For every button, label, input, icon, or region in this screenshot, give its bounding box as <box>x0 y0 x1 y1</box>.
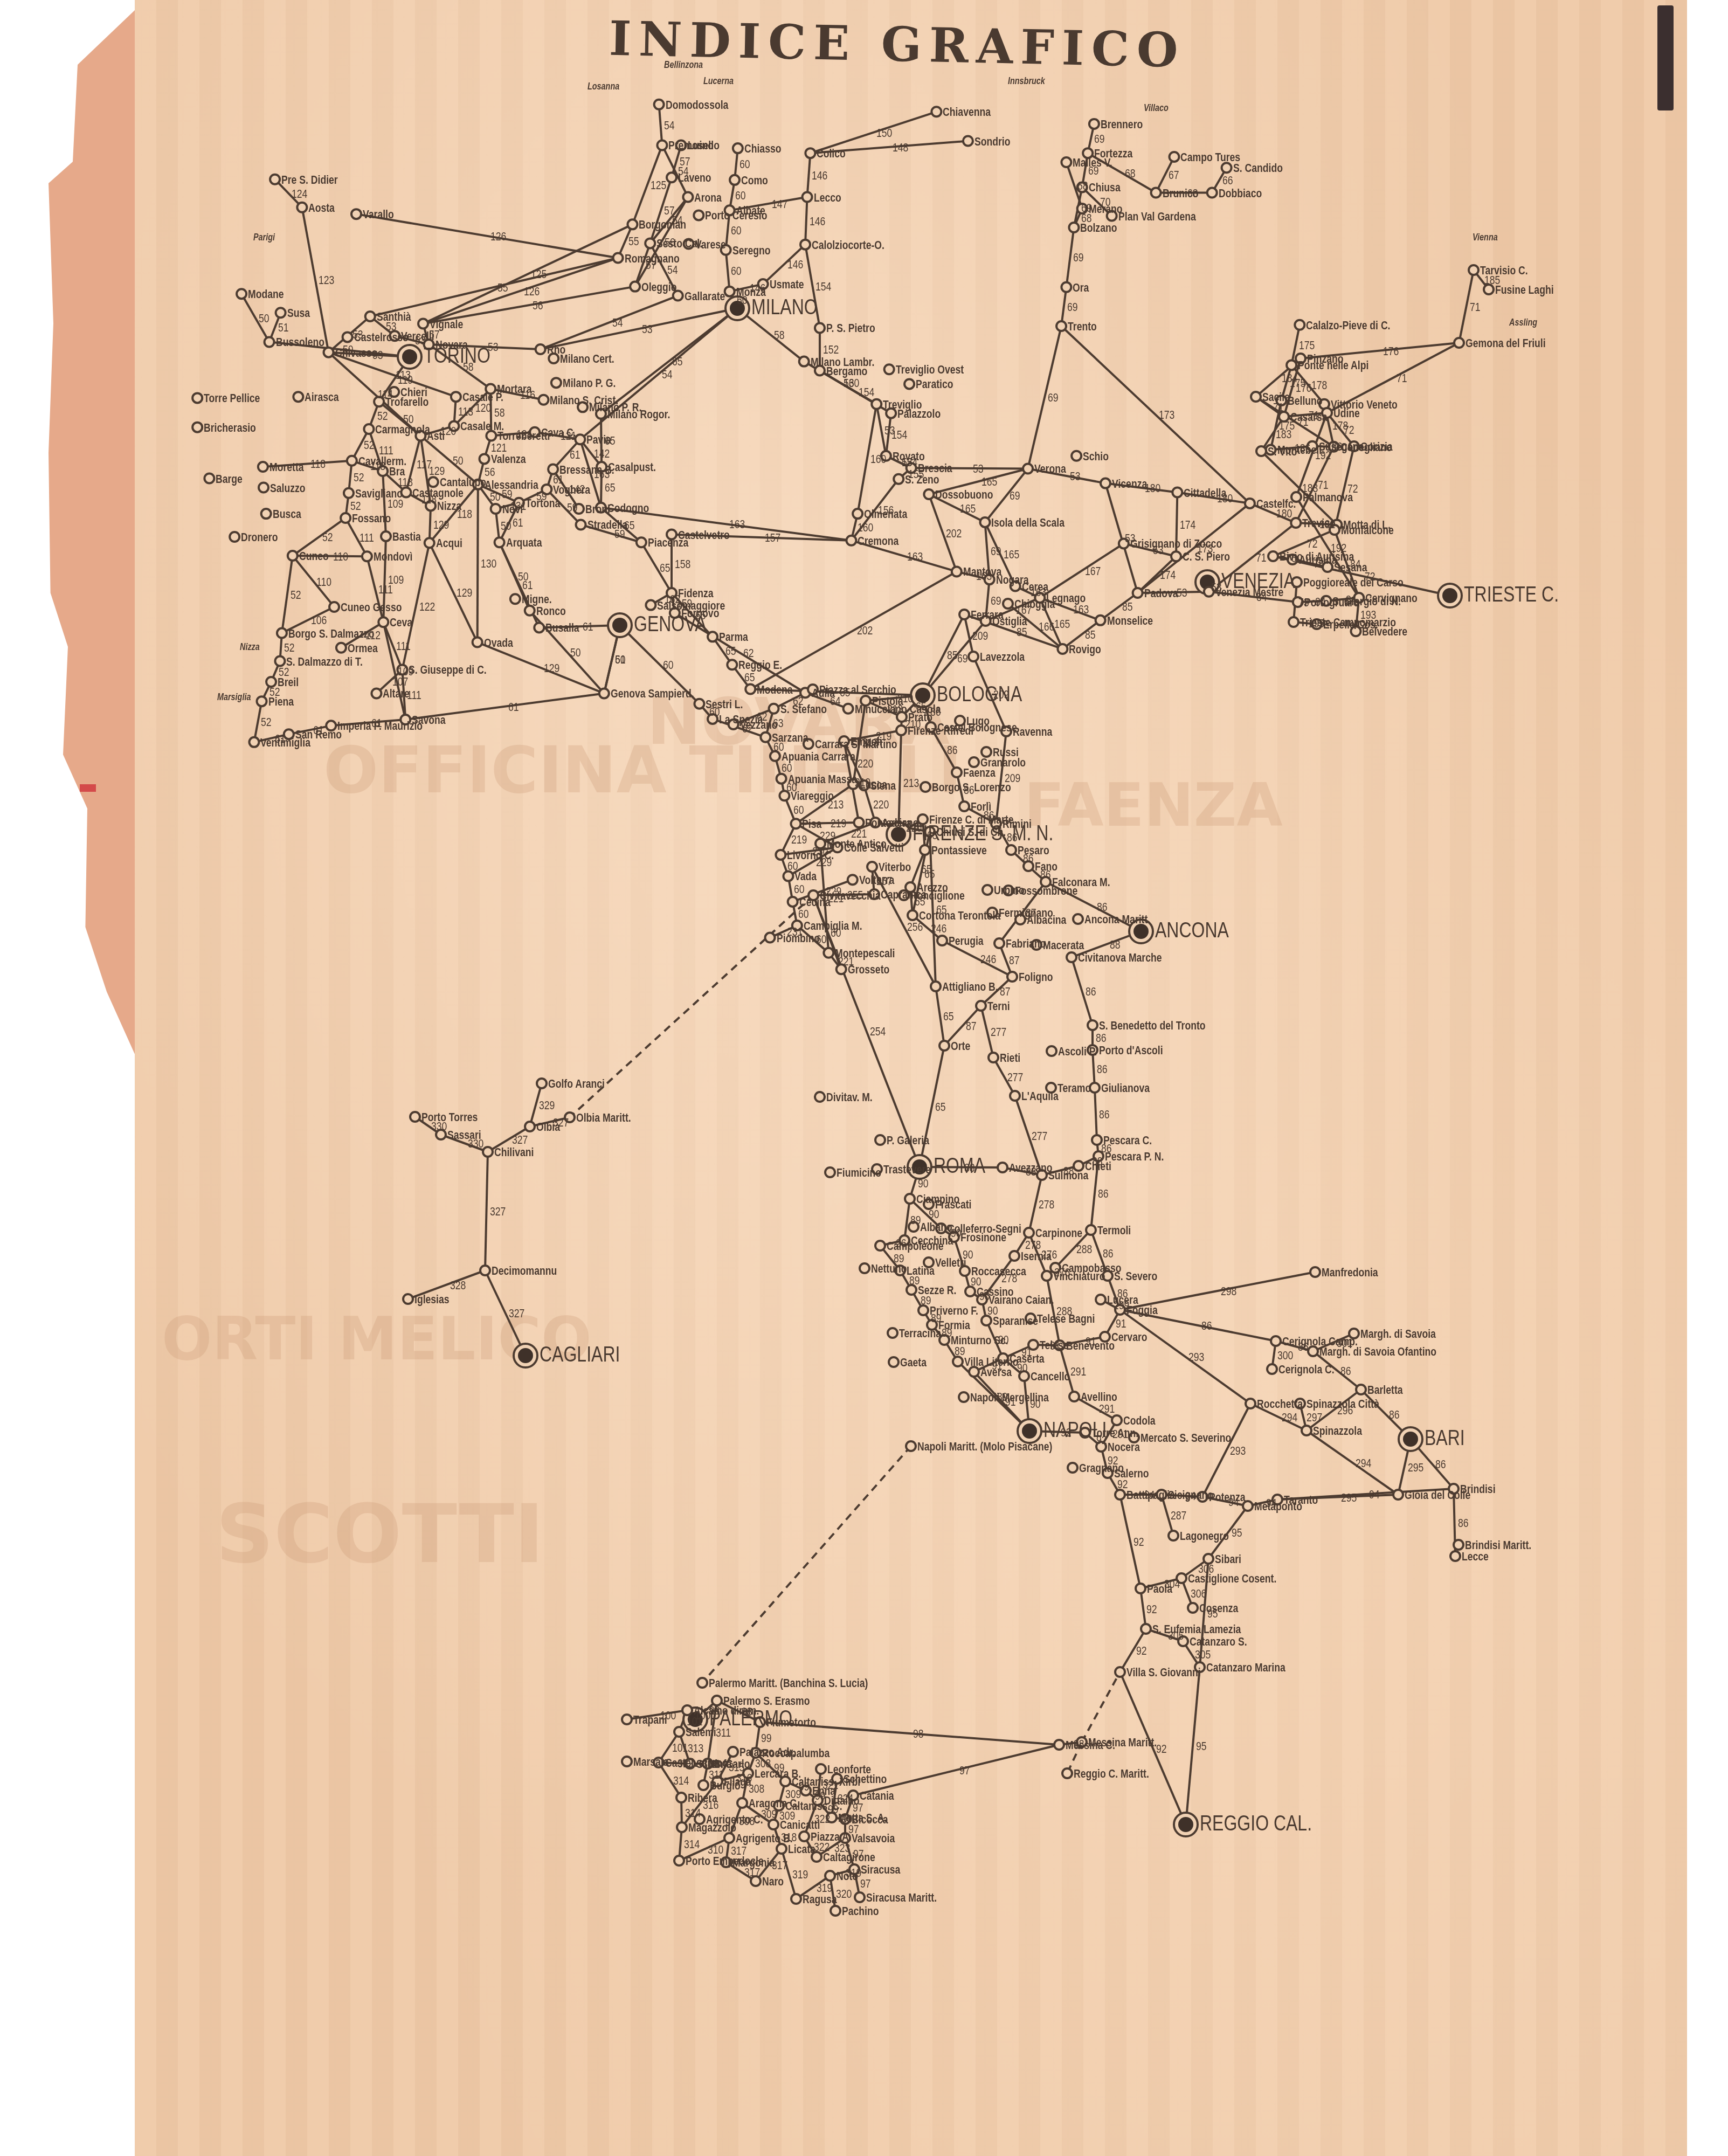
station-marker <box>1086 1225 1096 1235</box>
station-label: Fano <box>1035 860 1057 874</box>
station-label: Bricherasio <box>204 421 256 435</box>
station-label: Empoli <box>851 735 882 749</box>
station-label: Saluzzo <box>270 481 306 495</box>
station-marker <box>803 192 812 202</box>
station-marker <box>860 1263 869 1273</box>
station-marker <box>347 456 357 466</box>
ferry-route <box>702 1446 911 1683</box>
station-marker <box>1073 914 1083 924</box>
station-label: Pavia <box>586 433 611 447</box>
border-destination-label: Bellinzona <box>664 59 703 71</box>
line-number-label: 327 <box>512 1133 528 1147</box>
station-label: Aversa <box>980 1365 1012 1379</box>
rail-line <box>1040 543 1124 598</box>
station-label: Milano Lambr. <box>811 355 874 369</box>
rail-line <box>541 308 737 349</box>
station-label: Airasca <box>305 390 339 404</box>
station-label: Volterra <box>859 873 894 887</box>
line-number-label: 59 <box>567 501 578 515</box>
line-number-label: 130 <box>481 557 496 571</box>
line-number-label: 288 <box>1076 1242 1092 1256</box>
station-label: Cortona Terontola <box>919 909 1000 923</box>
station-marker <box>816 1764 826 1774</box>
line-number-label: 69 <box>1067 300 1078 314</box>
station-label: Isola della Scala <box>991 516 1065 530</box>
line-number-label: 125 <box>651 178 666 192</box>
line-number-label: 52 <box>377 409 388 423</box>
station-label: Catanzaro S. <box>1190 1635 1247 1649</box>
station-label: Frosinone <box>960 1231 1006 1245</box>
station-marker <box>1096 1295 1105 1304</box>
station-label: Reggio E. <box>738 658 782 672</box>
station-marker <box>1042 1271 1052 1281</box>
station-marker <box>622 1715 632 1724</box>
station-label: Dossobuono <box>935 488 993 502</box>
line-number-label: 85 <box>947 648 958 662</box>
station-marker <box>765 933 775 943</box>
line-number-label: 146 <box>787 258 803 272</box>
station-label: Valenza <box>491 452 526 466</box>
station-label: Iglesias <box>414 1293 450 1307</box>
station-marker <box>674 1856 684 1865</box>
station-marker <box>776 850 785 860</box>
station-label: Nocera <box>1108 1440 1140 1454</box>
station-marker <box>237 289 246 299</box>
station-marker <box>538 395 548 405</box>
line-number-label: 278 <box>1039 1198 1054 1212</box>
line-number-label: 147 <box>772 197 787 211</box>
station-label: Frascati <box>935 1198 972 1212</box>
station-marker <box>351 209 361 219</box>
station-label: Plan Val Gardena <box>1118 210 1196 224</box>
station-label: Prato <box>908 710 932 724</box>
station-marker <box>1310 1267 1320 1277</box>
station-label: Brennero <box>1101 118 1143 132</box>
station-label: Telese <box>1040 1338 1068 1352</box>
station-marker <box>674 1727 684 1737</box>
line-number-label: 65 <box>725 644 736 658</box>
station-marker <box>1172 488 1182 497</box>
station-label: Cantalupo <box>440 475 486 489</box>
line-number-label: 50 <box>490 490 501 504</box>
station-marker <box>418 319 428 329</box>
station-label: Aosta <box>308 201 335 215</box>
station-marker <box>613 253 623 263</box>
line-number-label: 175 <box>1299 338 1315 353</box>
station-label: Susa <box>287 306 310 320</box>
line-number-label: 97 <box>860 1877 871 1891</box>
station-label: Ora <box>1073 281 1089 295</box>
station-label: Castelvetro <box>678 528 730 542</box>
station-label: Pre S. Didier <box>281 173 338 187</box>
station-marker <box>683 192 693 202</box>
station-marker <box>761 733 770 742</box>
station-marker <box>708 632 717 641</box>
line-number-label: 129 <box>433 518 449 532</box>
station-label: Gaeta <box>900 1356 927 1370</box>
station-label: Chivasso <box>335 346 377 360</box>
station-label: Casarsa <box>1290 410 1328 424</box>
station-label: Attigliano B. <box>942 980 998 994</box>
station-label: Tarvisio C. <box>1480 264 1528 278</box>
line-number-label: 86 <box>947 743 958 757</box>
station-marker <box>1393 1490 1403 1499</box>
station-marker <box>959 1392 969 1402</box>
major-city-label: ANCONA <box>1155 918 1229 943</box>
line-number-label: 314 <box>685 1806 701 1820</box>
line-number-label: 113 <box>458 405 473 419</box>
station-label: Arquata <box>506 536 542 550</box>
station-label: Borgoman <box>639 218 686 232</box>
station-label: Roccapalumba <box>762 1746 830 1760</box>
station-marker <box>576 520 586 529</box>
station-marker <box>1092 1135 1102 1145</box>
station-marker <box>1062 1768 1072 1778</box>
station-marker <box>846 536 856 545</box>
station-marker <box>875 1241 885 1250</box>
line-number-label: 65 <box>935 1100 946 1114</box>
station-label: Caserta <box>1010 1352 1045 1366</box>
line-number-label: 277 <box>991 1025 1006 1039</box>
line-number-label: 165 <box>1004 548 1019 562</box>
station-label: Como <box>741 174 768 188</box>
station-label: Palazzolo <box>897 407 941 421</box>
line-number-label: 220 <box>858 757 873 771</box>
line-number-label: 54 <box>612 316 623 330</box>
station-label: Novi <box>502 502 523 516</box>
station-label: Seregno <box>732 244 770 258</box>
major-city-label: CAGLIARI <box>540 1343 620 1367</box>
station-label: Trofarello <box>385 395 428 409</box>
major-city-dot <box>1442 588 1457 603</box>
station-marker <box>1267 1364 1277 1374</box>
station-marker <box>1136 1584 1145 1593</box>
line-number-label: 163 <box>907 550 923 564</box>
station-marker <box>694 699 704 709</box>
station-marker <box>1023 464 1033 473</box>
rail-line <box>423 224 632 323</box>
station-label: Golfo Aranci <box>548 1077 605 1091</box>
station-label: Reggio C. Maritt. <box>1074 1767 1149 1781</box>
station-label: Chiasso <box>744 142 781 156</box>
station-marker <box>1069 223 1079 232</box>
station-marker <box>1469 265 1478 275</box>
line-number-label: 122 <box>419 600 435 614</box>
station-marker <box>1096 616 1105 625</box>
border-destination-label: Marsiglia <box>217 692 251 703</box>
line-number-label: 69 <box>991 544 1001 558</box>
line-number-label: 50 <box>501 519 512 533</box>
station-label: Sesto Cal. <box>656 237 702 251</box>
ferry-links <box>570 895 1120 1773</box>
station-label: Piombino <box>777 931 820 945</box>
rail-line <box>726 250 730 292</box>
station-marker <box>645 238 655 248</box>
station-marker <box>1268 551 1278 561</box>
line-number-label: 113 <box>396 368 411 382</box>
station-label: S. Severo <box>1114 1269 1157 1283</box>
station-marker <box>676 1793 686 1802</box>
station-label: S. Stefano <box>780 702 827 716</box>
major-city-label: TRIESTE C. <box>1464 583 1559 607</box>
station-label: Benevento <box>1066 1339 1115 1353</box>
line-number-label: 110 <box>333 550 348 564</box>
station-label: Monte Antico <box>827 837 887 851</box>
line-number-label: 99 <box>761 1731 772 1745</box>
line-number-label: 92 <box>1133 1535 1144 1549</box>
line-number-label: 314 <box>684 1837 700 1851</box>
station-marker <box>495 537 504 547</box>
station-marker <box>575 434 585 444</box>
station-label: Varallo <box>363 208 394 222</box>
rail-line <box>485 1152 488 1270</box>
station-label: Milano Cert. <box>560 352 614 366</box>
ferry-route <box>1082 1672 1120 1742</box>
line-number-label: 53 <box>1177 586 1187 600</box>
line-number-label: 306 <box>1191 1587 1206 1601</box>
station-marker <box>937 936 947 945</box>
station-marker <box>537 1079 547 1088</box>
line-number-label: 50 <box>570 646 581 660</box>
station-label: Firenze Rifredi <box>908 724 973 738</box>
station-label: Cancello <box>1031 1370 1070 1384</box>
station-marker <box>894 474 903 484</box>
station-label: Sibari <box>1215 1552 1241 1566</box>
station-marker <box>1112 1415 1122 1425</box>
station-marker <box>1047 1046 1056 1056</box>
line-number-label: 219 <box>791 833 807 847</box>
line-number-label: 327 <box>490 1205 506 1219</box>
station-label: Trapani <box>633 1713 667 1727</box>
line-number-label: 213 <box>903 776 919 790</box>
station-marker <box>343 332 352 342</box>
station-label: Bolzano <box>1080 221 1117 235</box>
station-label: Sacile <box>1262 390 1290 404</box>
station-marker <box>694 210 703 220</box>
station-marker <box>257 696 267 706</box>
station-label: Granarolo <box>980 756 1026 770</box>
station-marker <box>403 1294 413 1304</box>
station-label: Napoli Maritt. (Molo Pisacane) <box>917 1440 1052 1454</box>
station-marker <box>270 175 280 184</box>
line-number-label: 58 <box>774 328 785 342</box>
station-marker <box>969 652 978 661</box>
line-number-label: 150 <box>876 126 892 140</box>
station-label: C. S. Piero <box>1183 550 1230 564</box>
station-marker <box>473 638 482 647</box>
station-marker <box>336 643 346 653</box>
station-label: Ventimiglia <box>260 736 310 750</box>
station-label: Telese Bagni <box>1037 1312 1095 1326</box>
station-marker <box>1061 282 1071 292</box>
station-marker <box>378 617 388 627</box>
station-label: Milano P. G. <box>563 376 616 390</box>
station-marker <box>1256 446 1266 456</box>
station-label: P. Galeria <box>887 1134 929 1148</box>
line-number-label: 86 <box>1340 1364 1351 1378</box>
station-label: Pesaro <box>1018 844 1049 858</box>
station-label: Laveno <box>678 171 711 185</box>
line-number-label: 61 <box>570 448 580 462</box>
station-marker <box>884 364 894 374</box>
rail-line <box>423 258 618 324</box>
line-number-label: 297 <box>1307 1411 1322 1425</box>
station-label: Lavezzola <box>980 650 1025 664</box>
station-marker <box>1169 152 1179 162</box>
station-label: Siena <box>870 779 896 793</box>
station-marker <box>799 357 809 367</box>
station-marker <box>853 509 862 519</box>
station-label: Casale P. <box>462 390 503 404</box>
station-marker <box>1188 1603 1198 1613</box>
station-label: Poggioreale del Carso <box>1303 576 1404 590</box>
line-number-label: 54 <box>662 368 673 382</box>
line-number-label: 69 <box>1073 251 1084 265</box>
line-number-label: 160 <box>844 376 859 390</box>
station-label: Cremona <box>858 534 898 548</box>
station-label: Bicocca <box>852 1813 888 1827</box>
station-marker <box>908 910 917 920</box>
station-label: Dronero <box>241 530 278 544</box>
station-marker <box>1054 1740 1064 1750</box>
station-label: Porto Ceresio <box>705 209 767 223</box>
station-label: Olbia Maritt. <box>576 1111 631 1125</box>
station-marker <box>730 175 739 185</box>
station-marker <box>1089 119 1099 129</box>
station-marker <box>1222 163 1232 172</box>
station-label: Brindisi <box>1460 1482 1496 1496</box>
station-label: Ribera <box>688 1791 717 1805</box>
line-number-label: 129 <box>457 586 472 600</box>
station-label: Termoli <box>1097 1224 1131 1238</box>
station-label: Luino <box>688 139 714 153</box>
station-label: Isernia <box>1021 1249 1052 1263</box>
station-label: Taranto <box>1284 1493 1318 1507</box>
line-number-label: 90 <box>918 1177 929 1191</box>
rail-line <box>370 258 618 316</box>
rail-line <box>383 471 386 536</box>
line-number-label: 254 <box>870 1025 886 1039</box>
rail-line <box>1307 1431 1398 1495</box>
station-marker <box>998 1163 1007 1172</box>
station-marker <box>983 885 992 895</box>
station-label: Chilivani <box>494 1145 534 1159</box>
station-label: Ormea <box>348 641 378 655</box>
station-label: Giulianova <box>1101 1081 1150 1095</box>
station-label: Ragusa <box>803 1892 837 1906</box>
station-label: P. S. Pietro <box>826 321 875 335</box>
line-number-label: 85 <box>1085 628 1096 642</box>
station-label: Villa S. Giovanni <box>1126 1666 1201 1680</box>
station-label: Romagnano <box>625 252 680 266</box>
rail-line <box>541 296 678 349</box>
line-number-label: 68 <box>1077 179 1088 193</box>
major-city-dot <box>402 349 417 364</box>
line-number-label: 56 <box>533 299 543 313</box>
station-label: Mondovì <box>374 550 412 564</box>
line-number-label: 71 <box>1397 371 1407 385</box>
station-label: Apuania Massa <box>788 772 857 786</box>
station-marker <box>1291 518 1301 528</box>
rail-line <box>1061 326 1250 503</box>
station-marker <box>889 1357 898 1367</box>
line-number-label: 329 <box>539 1098 555 1112</box>
line-number-label: 277 <box>1007 1070 1023 1084</box>
station-label: Divitav. M. <box>826 1090 873 1104</box>
station-label: Viareggio <box>791 789 834 803</box>
station-marker <box>989 1053 998 1062</box>
station-marker <box>1010 1251 1019 1261</box>
major-city-label: BOLOGNA <box>937 682 1022 707</box>
station-label: Novara <box>436 338 468 352</box>
station-label: Pinzano <box>1307 352 1343 366</box>
station-label: Colico <box>817 147 846 161</box>
line-number-label: 60 <box>793 803 804 817</box>
line-number-label: 71 <box>1470 300 1481 314</box>
station-marker <box>1171 551 1181 561</box>
border-destination-label: Nizza <box>240 641 260 653</box>
station-label: Gemona del Friuli <box>1466 336 1546 350</box>
station-marker <box>525 1122 535 1131</box>
station-marker <box>888 1328 897 1338</box>
station-label: Siracusa <box>861 1863 900 1877</box>
station-label: Milano Rogor. <box>607 407 670 421</box>
station-label: Roccasecca <box>971 1264 1026 1279</box>
station-label: Sassari <box>447 1128 481 1142</box>
station-marker <box>1141 1624 1151 1634</box>
station-marker <box>1069 1392 1079 1401</box>
line-number-label: 125 <box>531 267 547 281</box>
line-number-label: 148 <box>893 141 908 155</box>
station-marker <box>277 628 287 638</box>
line-number-label: 69 <box>1048 391 1059 405</box>
line-number-label: 305 <box>1195 1648 1211 1662</box>
line-number-label: 287 <box>1171 1509 1186 1523</box>
border-destination-label: Parigi <box>253 232 275 243</box>
station-label: Sestri L. <box>706 697 743 711</box>
station-label: Bastia <box>392 530 421 544</box>
station-marker <box>737 1798 747 1808</box>
station-label: Civitavecchia <box>820 889 881 903</box>
line-number-label: 86 <box>1099 1108 1110 1122</box>
station-label: S. Zeno <box>905 473 939 487</box>
station-label: Cervaro <box>1111 1330 1148 1344</box>
station-marker <box>867 862 877 872</box>
rail-line <box>813 895 920 1167</box>
station-marker <box>825 1871 835 1881</box>
major-city-dot <box>612 618 627 633</box>
station-marker <box>872 399 881 409</box>
station-marker <box>1061 157 1071 167</box>
station-label: Monza <box>736 285 766 299</box>
line-number-label: 165 <box>981 475 997 489</box>
station-label: Nizza <box>437 499 461 513</box>
station-marker <box>952 566 962 576</box>
station-label: Cerea <box>1022 580 1048 594</box>
station-label: Naro <box>762 1875 784 1889</box>
station-marker <box>637 537 646 547</box>
line-number-label: 86 <box>1086 985 1096 999</box>
line-number-label: 126 <box>490 230 506 244</box>
station-label: Paratico <box>916 377 953 391</box>
station-marker <box>994 938 1004 948</box>
line-number-label: 60 <box>735 189 746 203</box>
station-label: Catanzaro Marina <box>1206 1661 1285 1675</box>
station-marker <box>525 606 535 616</box>
line-number-label: 85 <box>1122 600 1133 614</box>
station-marker <box>799 1832 809 1841</box>
line-number-label: 61 <box>583 620 593 634</box>
